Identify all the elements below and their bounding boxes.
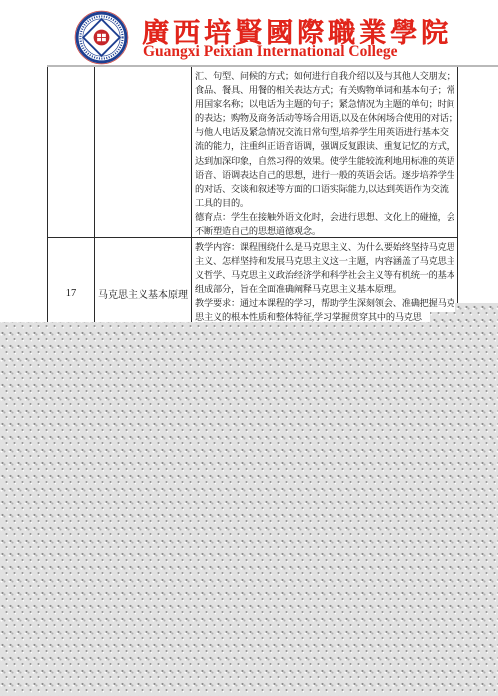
description-line: 的对话、交谈和叙述等方面的口语实际能力,以达到英语作为交流: [195, 182, 454, 196]
description-line: 达到加深印象，自然习得的效果。使学生能较流利地用标准的英语: [195, 154, 454, 168]
description-line: 用国家名称；以电话为主题的句子；紧急情况为主题的单句；时间: [195, 97, 454, 111]
description-line: 教学内容：课程围绕什么是马克思主义、为什么要始终坚持马克思: [195, 240, 454, 254]
description-line: 工具的目的。: [195, 196, 454, 210]
cell-course-name: [95, 67, 192, 238]
description-line: 与他人电话及紧急情况交流日常句型,培养学生用英语进行基本交: [195, 125, 454, 139]
description-line: 汇、句型、问候的方式；如何进行自我介绍以及与其他人交朋友；: [195, 69, 454, 83]
document-page: 廣西培賢國際職業學院 Guangxi Peixian International…: [0, 0, 498, 696]
unrendered-placeholder-region: [0, 303, 498, 696]
course-table: 汇、句型、问候的方式；如何进行自我介绍以及与其他人交朋友； 食品、餐具、用餐的相…: [47, 67, 458, 348]
description-line: 组成部分，旨在全面准确阐释马克思主义基本原理。: [195, 282, 454, 296]
description-line: 语音、语调表达自己的思想，进行一般的英语会话。逐步培养学生: [195, 168, 454, 182]
college-title-chinese: 廣西培賢國際職業學院: [142, 11, 472, 47]
description-line: 德育点：学生在接触外语文化时，会进行思想、文化上的碰撞，会: [195, 210, 454, 224]
description-line: 不断塑造自己的思想道德观念。: [195, 224, 454, 238]
description-line: 主义、怎样坚持和发展马克思主义这一主题，内容涵盖了马克思主: [195, 254, 454, 268]
description-line: 食品、餐具、用餐的相关表达方式；有关购物单词和基本句子；常: [195, 83, 454, 97]
table-row: 汇、句型、问候的方式；如何进行自我介绍以及与其他人交朋友； 食品、餐具、用餐的相…: [48, 67, 458, 238]
description-line: 的表达；购物及商务活动等场合用语,以及在休闲场合使用的对话；: [195, 111, 454, 125]
description-line: 教学要求：通过本课程的学习，帮助学生深刻领会、准确把握马克: [195, 296, 454, 310]
college-seal-icon: [74, 10, 129, 65]
cell-course-number: [48, 67, 95, 238]
college-title-english: Guangxi Peixian International College: [143, 43, 473, 61]
cell-course-description: 汇、句型、问候的方式；如何进行自我介绍以及与其他人交朋友； 食品、餐具、用餐的相…: [192, 67, 458, 238]
description-line: 义哲学、马克思主义政治经济学和科学社会主义等有机统一的基本: [195, 268, 454, 282]
description-line: 流的能力，注重纠正语音语调，强调反复跟读、重复记忆的方式，: [195, 139, 454, 153]
